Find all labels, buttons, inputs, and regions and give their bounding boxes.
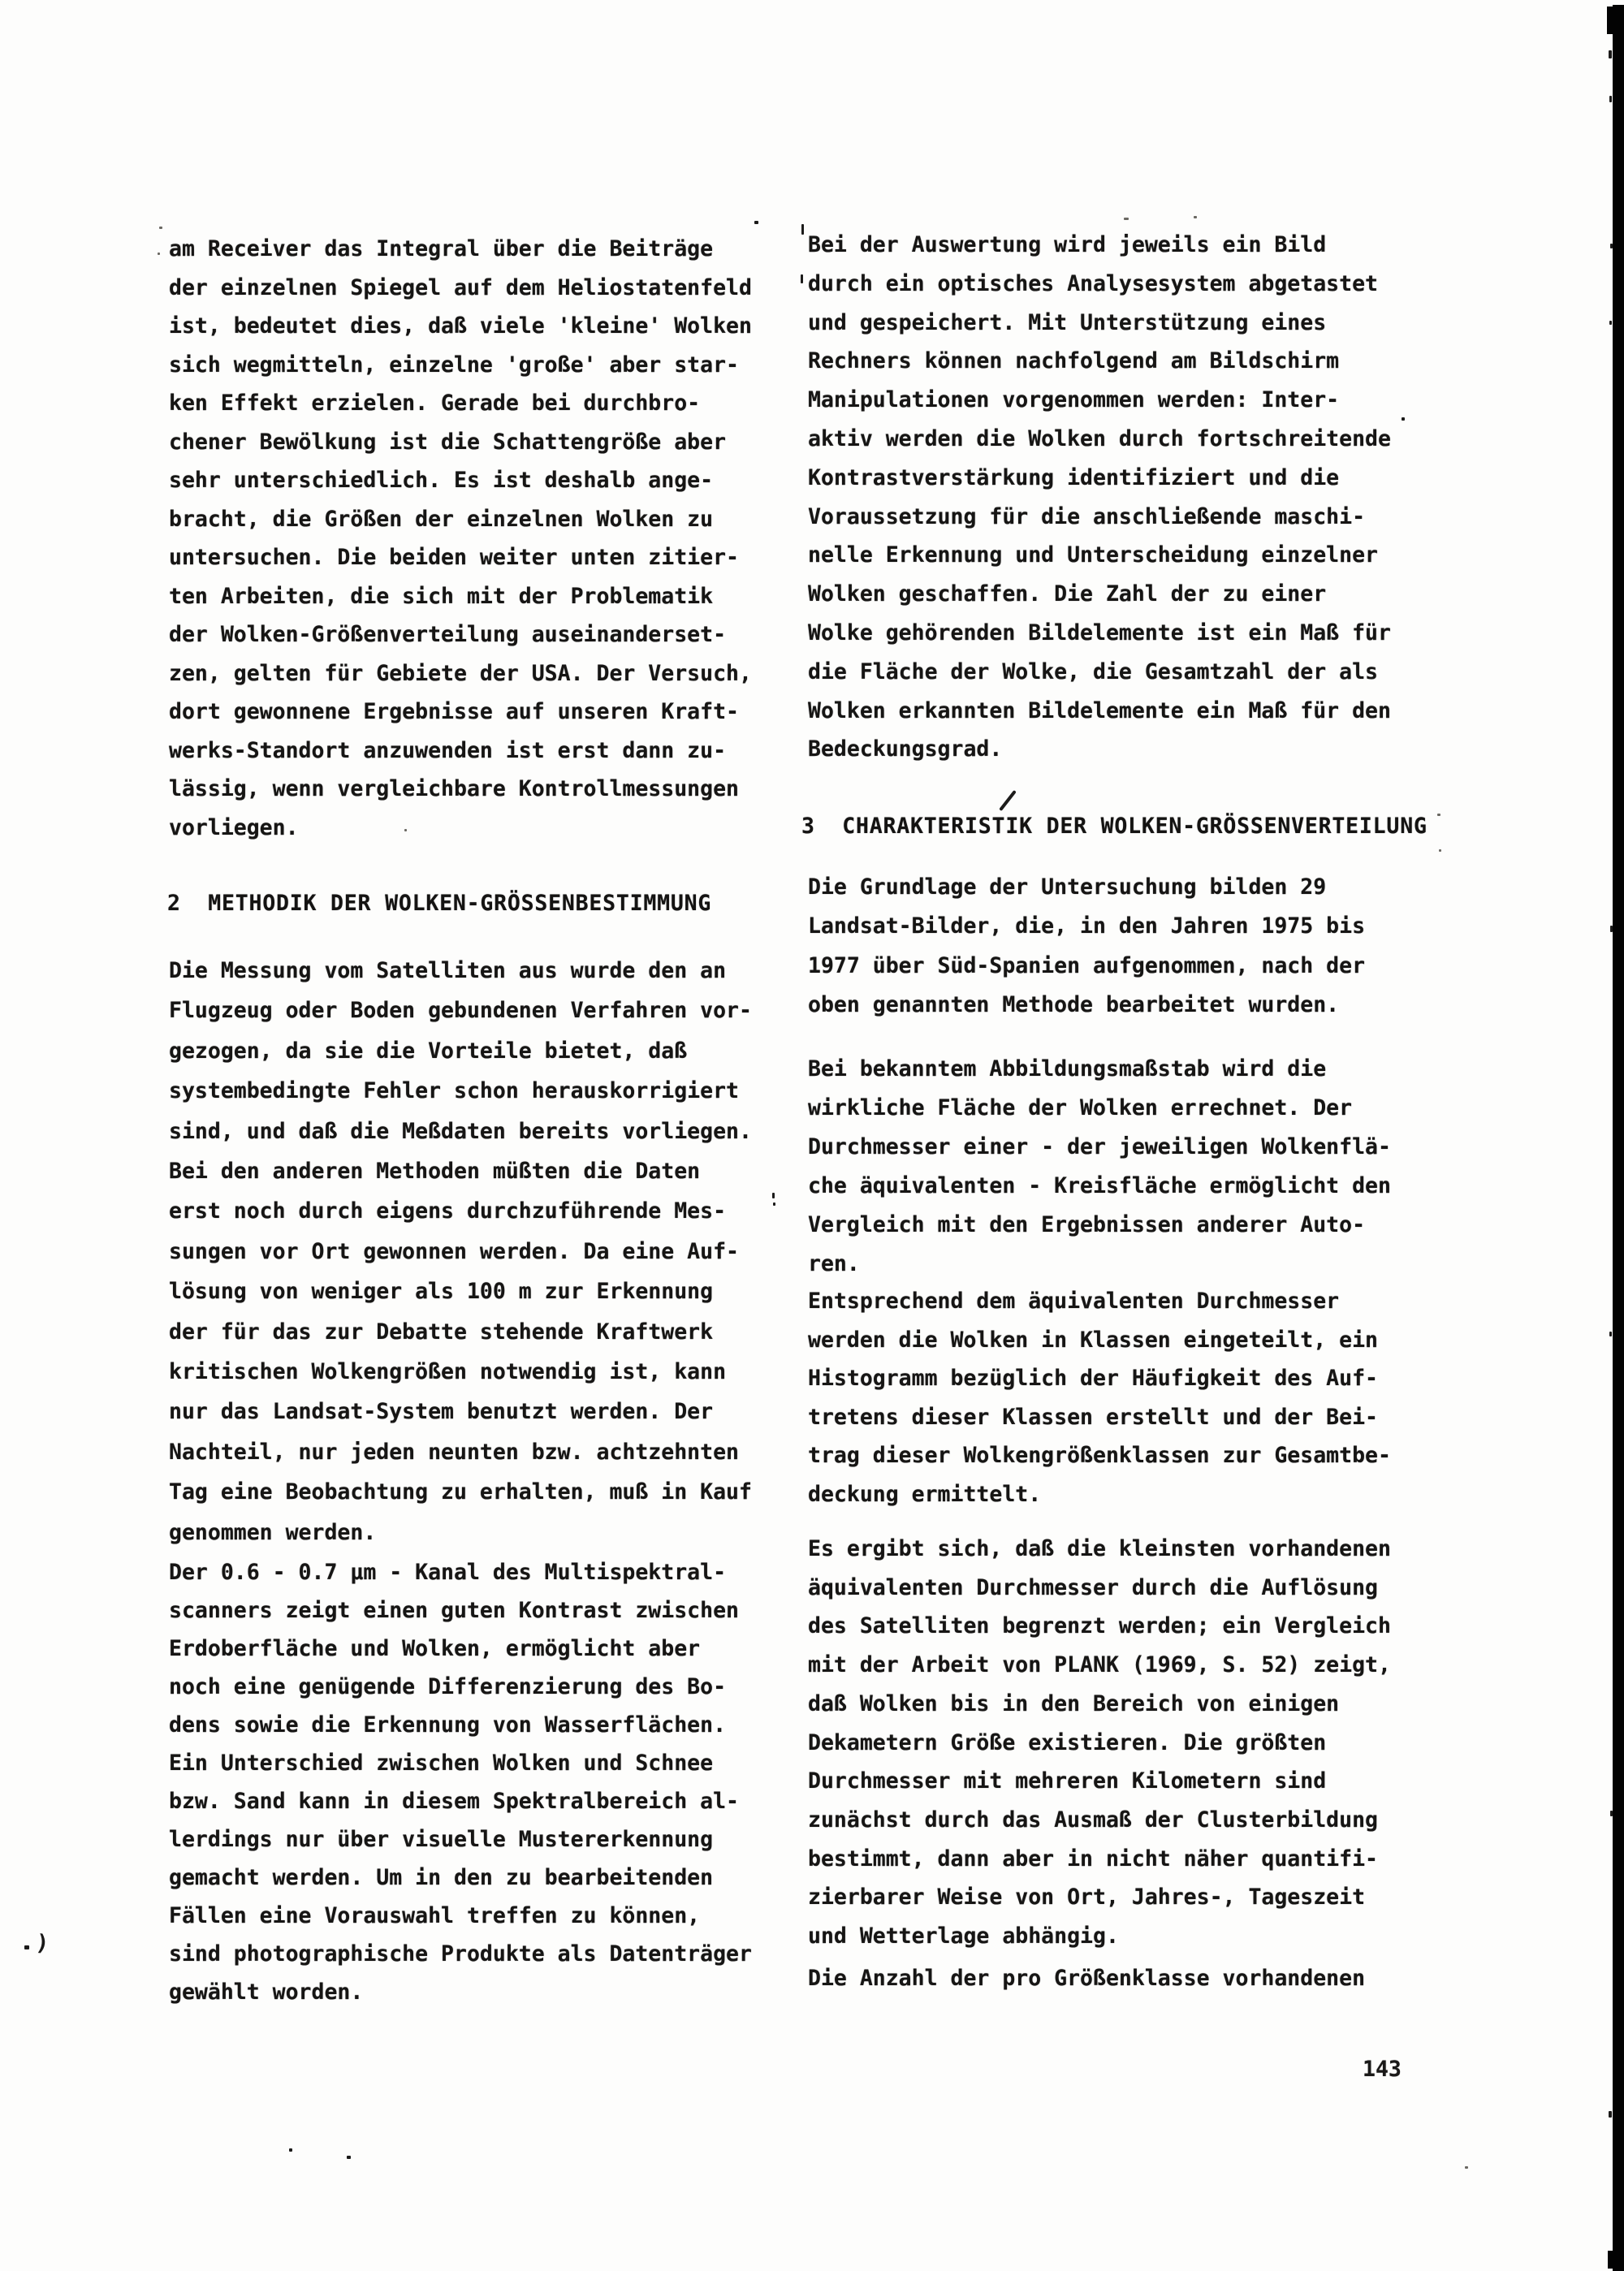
text-line: Entsprechend dem äquivalenten Durchmesse… <box>808 1282 1391 1321</box>
text-line: Bei den anderen Methoden müßten die Date… <box>169 1151 752 1191</box>
scan-speck <box>1610 244 1613 248</box>
scan-speck <box>24 1945 29 1949</box>
text-line: zunächst durch das Ausmaß der Clusterbil… <box>808 1801 1391 1840</box>
text-line: Flugzeug oder Boden gebundenen Verfahren… <box>169 991 752 1030</box>
text-line: des Satelliten begrenzt werden; ein Verg… <box>808 1607 1391 1646</box>
text-line: bestimmt, dann aber in nicht näher quant… <box>808 1840 1391 1879</box>
scan-speck <box>1609 1332 1612 1336</box>
text-line: lösung von weniger als 100 m zur Erkennu… <box>169 1272 752 1311</box>
text-line: lerdings nur über visuelle Mustererkennu… <box>169 1820 752 1859</box>
scan-speck <box>1609 96 1612 102</box>
scan-speck <box>158 253 160 255</box>
scan-speck <box>1610 926 1613 932</box>
text-line: Fällen eine Vorauswahl treffen zu können… <box>169 1897 752 1935</box>
text-line: Rechners können nachfolgend am Bildschir… <box>808 342 1391 381</box>
scan-speck <box>773 1202 775 1206</box>
text-line: die Fläche der Wolke, die Gesamtzahl der… <box>808 653 1391 692</box>
text-line: nelle Erkennung und Unterscheidung einze… <box>808 536 1391 575</box>
text-line: dens sowie die Erkennung von Wasserfläch… <box>169 1706 752 1744</box>
text-line: sich wegmitteln, einzelne 'große' aber s… <box>169 346 752 385</box>
text-line: durch ein optisches Analysesystem abgeta… <box>808 265 1391 304</box>
text-line: vorliegen. <box>169 809 752 848</box>
text-line: Durchmesser einer - der jeweiligen Wolke… <box>808 1128 1391 1167</box>
scan-speck <box>1439 849 1441 852</box>
text-line: bzw. Sand kann in diesem Spektralbereich… <box>169 1782 752 1820</box>
text-line: Histogramm bezüglich der Häufigkeit des … <box>808 1359 1391 1398</box>
left-paragraph-2: Die Messung vom Satelliten aus wurde den… <box>169 951 752 1552</box>
text-line: tretens dieser Klassen erstellt und der … <box>808 1398 1391 1437</box>
right-paragraph-3: Bei bekanntem Abbildungsmaßstab wird die… <box>808 1050 1391 1284</box>
text-line: gewählt worden. <box>169 1973 752 2011</box>
left-paragraph-1: am Receiver das Integral über die Beiträ… <box>169 230 752 847</box>
scan-speck <box>347 2156 351 2159</box>
text-line: Der 0.6 - 0.7 µm - Kanal des Multispektr… <box>169 1553 752 1591</box>
text-line: systembedingte Fehler schon herauskorrig… <box>169 1071 752 1111</box>
text-line: werden die Wolken in Klassen eingeteilt,… <box>808 1321 1391 1360</box>
scan-speck <box>1610 1811 1613 1816</box>
text-line: Dekametern Größe existieren. Die größten <box>808 1724 1391 1763</box>
text-line: Durchmesser mit mehreren Kilometern sind <box>808 1762 1391 1801</box>
text-line: Nachteil, nur jeden neunten bzw. achtzeh… <box>169 1432 752 1472</box>
text-line: oben genannten Methode bearbeitet wurden… <box>808 986 1365 1025</box>
text-line: zierbarer Weise von Ort, Jahres-, Tagesz… <box>808 1878 1391 1917</box>
text-line: dort gewonnene Ergebnisse auf unseren Kr… <box>169 693 752 732</box>
text-line: zen, gelten für Gebiete der USA. Der Ver… <box>169 654 752 693</box>
text-line: Landsat-Bilder, die, in den Jahren 1975 … <box>808 907 1365 946</box>
text-line: untersuchen. Die beiden weiter unten zit… <box>169 538 752 577</box>
text-line: trag dieser Wolkengrößenklassen zur Gesa… <box>808 1436 1391 1475</box>
text-line: Kontrastverstärkung identifiziert und di… <box>808 459 1391 498</box>
scan-speck <box>1194 216 1197 218</box>
text-line: noch eine genügende Differenzierung des … <box>169 1668 752 1706</box>
text-line: sind, und daß die Meßdaten bereits vorli… <box>169 1112 752 1151</box>
right-paragraph-5: Es ergibt sich, daß die kleinsten vorhan… <box>808 1530 1391 1956</box>
right-paragraph-1: Bei der Auswertung wird jeweils ein Bild… <box>808 226 1391 769</box>
section-heading-3: 3 CHARAKTERISTIK DER WOLKEN-GRÖSSENVERTE… <box>801 807 1427 846</box>
text-line: bracht, die Größen der einzelnen Wolken … <box>169 500 752 539</box>
scanned-paper-page: am Receiver das Integral über die Beiträ… <box>0 0 1624 2271</box>
text-line: genommen werden. <box>169 1513 752 1552</box>
text-line: äquivalenten Durchmesser durch die Auflö… <box>808 1569 1391 1608</box>
text-line: sind photographische Produkte als Datent… <box>169 1935 752 1973</box>
text-line: Bedeckungsgrad. <box>808 730 1391 769</box>
scan-speck <box>1437 814 1440 816</box>
scan-speck <box>754 221 758 224</box>
text-line: Die Grundlage der Untersuchung bilden 29 <box>808 868 1365 907</box>
scan-speck <box>1402 417 1405 421</box>
text-line: ren. <box>808 1245 1391 1284</box>
text-line: aktiv werden die Wolken durch fortschrei… <box>808 420 1391 459</box>
scanner-edge-bar <box>1613 5 1624 2271</box>
text-line: Wolken erkannten Bildelemente ein Maß fü… <box>808 692 1391 731</box>
scan-speck <box>801 224 804 235</box>
text-line: erst noch durch eigens durchzuführende M… <box>169 1191 752 1231</box>
text-line: Die Messung vom Satelliten aus wurde den… <box>169 951 752 991</box>
text-line: sehr unterschiedlich. Es ist deshalb ang… <box>169 461 752 500</box>
scan-speck <box>159 227 162 229</box>
text-line: chener Bewölkung ist die Schattengröße a… <box>169 423 752 462</box>
handwritten-margin-mark: ) <box>34 1930 50 1957</box>
text-line: und gespeichert. Mit Unterstützung eines <box>808 304 1391 343</box>
scanner-edge-bar-cap-bottom <box>1608 2251 1614 2269</box>
page-number: 143 <box>1363 2057 1402 2082</box>
scan-speck <box>404 829 407 831</box>
text-line: Wolke gehörenden Bildelemente ist ein Ma… <box>808 614 1391 653</box>
text-line: sungen vor Ort gewonnen werden. Da eine … <box>169 1232 752 1272</box>
text-line: der für das zur Debatte stehende Kraftwe… <box>169 1312 752 1352</box>
text-line: che äquivalenten - Kreisfläche ermöglich… <box>808 1167 1391 1206</box>
text-line: nur das Landsat-System benutzt werden. D… <box>169 1392 752 1431</box>
text-line: der einzelnen Spiegel auf dem Heliostate… <box>169 269 752 308</box>
scan-speck <box>289 2148 292 2152</box>
text-line: scanners zeigt einen guten Kontrast zwis… <box>169 1591 752 1630</box>
text-line: Wolken geschaffen. Die Zahl der zu einer <box>808 575 1391 614</box>
text-line: Bei der Auswertung wird jeweils ein Bild <box>808 226 1391 265</box>
text-line: mit der Arbeit von PLANK (1969, S. 52) z… <box>808 1646 1391 1685</box>
text-line: und Wetterlage abhängig. <box>808 1917 1391 1956</box>
scan-speck <box>1465 2166 1468 2169</box>
text-line: Die Anzahl der pro Größenklasse vorhande… <box>808 1959 1365 1998</box>
scan-speck <box>801 274 803 283</box>
text-line: daß Wolken bis in den Bereich von einige… <box>808 1685 1391 1724</box>
right-paragraph-2: Die Grundlage der Untersuchung bilden 29… <box>808 868 1365 1025</box>
text-line: gemacht werden. Um in den zu bearbeitend… <box>169 1859 752 1897</box>
text-line: ten Arbeiten, die sich mit der Problemat… <box>169 577 752 616</box>
text-line: ken Effekt erzielen. Gerade bei durchbro… <box>169 384 752 423</box>
section-heading-2: 2 METHODIK DER WOLKEN-GRÖSSENBESTIMMUNG <box>167 884 711 923</box>
text-line: deckung ermittelt. <box>808 1475 1391 1514</box>
left-paragraph-3: Der 0.6 - 0.7 µm - Kanal des Multispektr… <box>169 1553 752 2011</box>
text-line: Erdoberfläche und Wolken, ermöglicht abe… <box>169 1630 752 1668</box>
right-paragraph-6: Die Anzahl der pro Größenklasse vorhande… <box>808 1959 1365 1998</box>
text-line: wirkliche Fläche der Wolken errechnet. D… <box>808 1089 1391 1128</box>
text-line: der Wolken-Größenverteilung auseinanders… <box>169 615 752 654</box>
scan-speck <box>1609 321 1612 325</box>
scan-speck <box>1609 2111 1612 2118</box>
text-line: Ein Unterschied zwischen Wolken und Schn… <box>169 1744 752 1782</box>
text-line: Bei bekanntem Abbildungsmaßstab wird die <box>808 1050 1391 1089</box>
text-line: Manipulationen vorgenommen werden: Inter… <box>808 381 1391 420</box>
scan-speck <box>1124 218 1129 220</box>
text-line: lässig, wenn vergleichbare Kontrollmessu… <box>169 770 752 809</box>
text-line: Tag eine Beobachtung zu erhalten, muß in… <box>169 1472 752 1512</box>
text-line: ist, bedeutet dies, daß viele 'kleine' W… <box>169 307 752 346</box>
scanner-edge-bar-cap-top <box>1607 6 1624 34</box>
text-line: kritischen Wolkengrößen notwendig ist, k… <box>169 1352 752 1392</box>
text-line: am Receiver das Integral über die Beiträ… <box>169 230 752 269</box>
scan-speck <box>772 1193 775 1198</box>
text-line: Es ergibt sich, daß die kleinsten vorhan… <box>808 1530 1391 1569</box>
right-paragraph-4: Entsprechend dem äquivalenten Durchmesse… <box>808 1282 1391 1513</box>
text-line: Vergleich mit den Ergebnissen anderer Au… <box>808 1206 1391 1245</box>
text-line: 1977 über Süd-Spanien aufgenommen, nach … <box>808 947 1365 986</box>
scan-speck <box>1609 50 1612 58</box>
text-line: werks-Standort anzuwenden ist erst dann … <box>169 732 752 771</box>
text-line: gezogen, da sie die Vorteile bietet, daß <box>169 1031 752 1071</box>
text-line: Voraussetzung für die anschließende masc… <box>808 498 1391 537</box>
